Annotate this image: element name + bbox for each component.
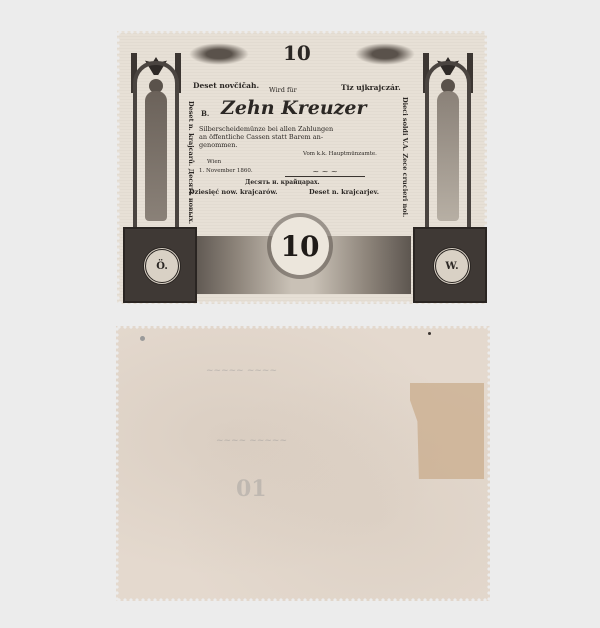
line-center-top: Wird für — [269, 86, 297, 94]
dragon-ornament-right — [355, 43, 415, 65]
line-right-top: Tiz ujkrajczár. — [341, 83, 401, 92]
place: Wien — [207, 159, 221, 165]
perforated-edge — [116, 326, 490, 329]
left-medallion-block: Ö. — [123, 227, 197, 303]
show-through: 01 — [236, 476, 267, 502]
banknote-front: 10 Deset novčičah. Wird für Tiz ujkrajcz… — [117, 31, 487, 304]
perforated-edge — [117, 31, 120, 304]
body-text: Silberscheidemünze bei allen Zahlungen a… — [199, 125, 333, 149]
date: 1. November 1860. — [199, 168, 253, 174]
line-bottom-right: Deset n. krajcarjev. — [309, 188, 379, 196]
brown-stain — [410, 383, 484, 479]
banknote-back: ~~~~~ ~~~~ ~~~~ ~~~~~ 01 — [116, 326, 490, 601]
right-pillar-figure — [419, 53, 477, 228]
dragon-ornament-left — [189, 43, 249, 65]
perforated-edge — [117, 31, 487, 34]
show-through: ~~~~ ~~~~~ — [216, 436, 287, 446]
issuer: Vom k.k. Hauptmünzamte. — [303, 151, 377, 157]
vertical-text-left: Deset n. krajcarů. Десять новых. — [187, 101, 195, 171]
left-pillar-figure — [127, 53, 185, 228]
show-through: ~~~~~ ~~~~ — [206, 366, 277, 376]
line-bottom-left: Dziesięć now. krajcarów. — [189, 188, 278, 196]
spot — [428, 332, 431, 335]
right-medallion: W. — [433, 247, 471, 285]
perforated-edge — [116, 598, 490, 601]
vertical-text-right: Dieci soldi V.A. Zece crucieri noi. — [401, 97, 409, 167]
series-letter: B. — [201, 109, 209, 118]
perforated-edge — [487, 326, 490, 601]
spot — [140, 336, 145, 341]
right-medallion-block: W. — [413, 227, 487, 303]
left-medallion: Ö. — [143, 247, 181, 285]
top-value: 10 — [283, 41, 311, 65]
center-value: 10 — [271, 217, 329, 275]
line-cyrillic: Десять н. крайцарах. — [245, 179, 320, 186]
line-left-top: Deset novčičah. — [193, 81, 259, 90]
title: Zehn Kreuzer — [221, 97, 367, 119]
perforated-edge — [116, 326, 119, 601]
signature: ~ ~ ~ — [285, 167, 365, 177]
